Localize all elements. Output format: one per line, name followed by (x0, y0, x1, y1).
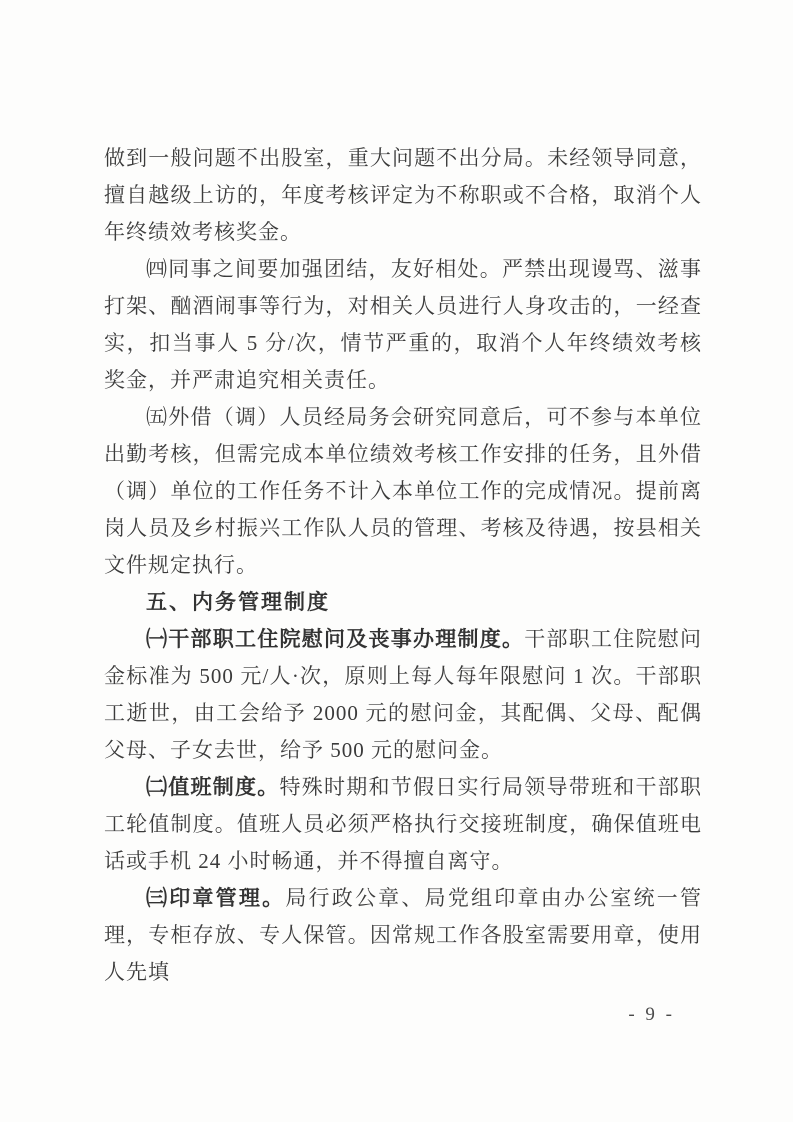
paragraph-item-5: ㈤外借（调）人员经局务会研究同意后，可不参与本单位出勤考核，但需完成本单位绩效考… (104, 399, 702, 584)
document-page: 做到一般问题不出股室，重大问题不出分局。未经领导同意，擅自越级上访的，年度考核评… (0, 0, 793, 1122)
paragraph-item-2-duty: ㈡值班制度。特殊时期和节假日实行局领导带班和干部职工轮值制度。值班人员必须严格执… (104, 769, 702, 880)
section-heading-internal-affairs: 五、内务管理制度 (104, 584, 702, 621)
paragraph-lead: ㈢印章管理。 (146, 886, 285, 910)
paragraph-text: ㈤外借（调）人员经局务会研究同意后，可不参与本单位出勤考核，但需完成本单位绩效考… (104, 405, 702, 577)
document-text-block: 做到一般问题不出股室，重大问题不出分局。未经领导同意，擅自越级上访的，年度考核评… (104, 140, 702, 991)
page-number: - 9 - (628, 1004, 675, 1026)
paragraph-item-4: ㈣同事之间要加强团结，友好相处。严禁出现谩骂、滋事打架、酗酒闹事等行为，对相关人… (104, 251, 702, 399)
paragraph-lead: ㈡值班制度。 (146, 775, 280, 799)
paragraph-lead: ㈠干部职工住院慰问及丧事办理制度。 (146, 627, 524, 651)
paragraph-text: 做到一般问题不出股室，重大问题不出分局。未经领导同意，擅自越级上访的，年度考核评… (104, 146, 702, 244)
paragraph-item-1-condolence: ㈠干部职工住院慰问及丧事办理制度。干部职工住院慰问金标准为 500 元/人·次，… (104, 621, 702, 769)
paragraph-item-3-seal: ㈢印章管理。局行政公章、局党组印章由办公室统一管理，专柜存放、专人保管。因常规工… (104, 880, 702, 991)
paragraph-continued: 做到一般问题不出股室，重大问题不出分局。未经领导同意，擅自越级上访的，年度考核评… (104, 140, 702, 251)
paragraph-text: ㈣同事之间要加强团结，友好相处。严禁出现谩骂、滋事打架、酗酒闹事等行为，对相关人… (104, 257, 702, 392)
section-heading-text: 五、内务管理制度 (146, 590, 330, 614)
